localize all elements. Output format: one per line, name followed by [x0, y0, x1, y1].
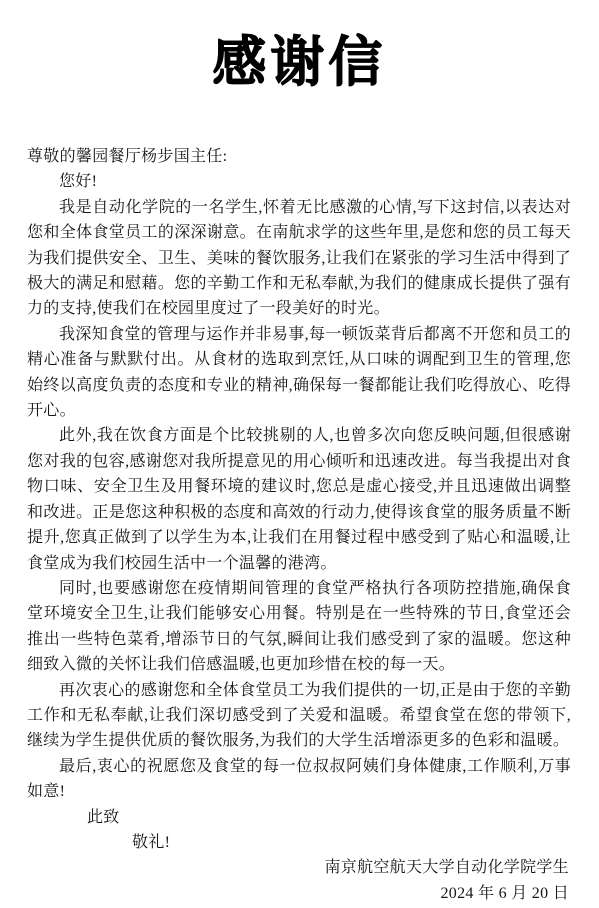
- letter-body: 尊敬的馨园餐厅杨步国主任: 您好! 我是自动化学院的一名学生,怀着无比感激的心情…: [27, 144, 571, 906]
- signature: 南京航空航天大学自动化学院学生: [27, 855, 571, 880]
- salutation: 尊敬的馨园餐厅杨步国主任:: [27, 144, 571, 169]
- paragraph-4: 同时,也要感谢您在疫情期间管理的食堂严格执行各项防控措施,确保食堂环境安全卫生,…: [27, 576, 571, 678]
- greeting: 您好!: [27, 169, 571, 194]
- letter-title: 感谢信: [27, 30, 571, 94]
- closing-cizhi: 此致: [27, 805, 571, 830]
- paragraph-3: 此外,我在饮食方面是个比较挑剔的人,也曾多次向您反映问题,但很感谢您对我的包容,…: [27, 423, 571, 575]
- paragraph-6: 最后,衷心的祝愿您及食堂的每一位叔叔阿姨们身体健康,工作顺利,万事如意!: [27, 754, 571, 805]
- closing-jingli: 敬礼!: [27, 830, 571, 855]
- date: 2024 年 6 月 20 日: [27, 881, 571, 906]
- paragraph-2: 我深知食堂的管理与运作并非易事,每一顿饭菜背后都离不开您和员工的精心准备与默默付…: [27, 322, 571, 424]
- paragraph-5: 再次衷心的感谢您和全体食堂员工为我们提供的一切,正是由于您的辛勤工作和无私奉献,…: [27, 678, 571, 754]
- letter-page: 感谢信 尊敬的馨园餐厅杨步国主任: 您好! 我是自动化学院的一名学生,怀着无比感…: [0, 0, 599, 908]
- paragraph-1: 我是自动化学院的一名学生,怀着无比感激的心情,写下这封信,以表达对您和全体食堂员…: [27, 195, 571, 322]
